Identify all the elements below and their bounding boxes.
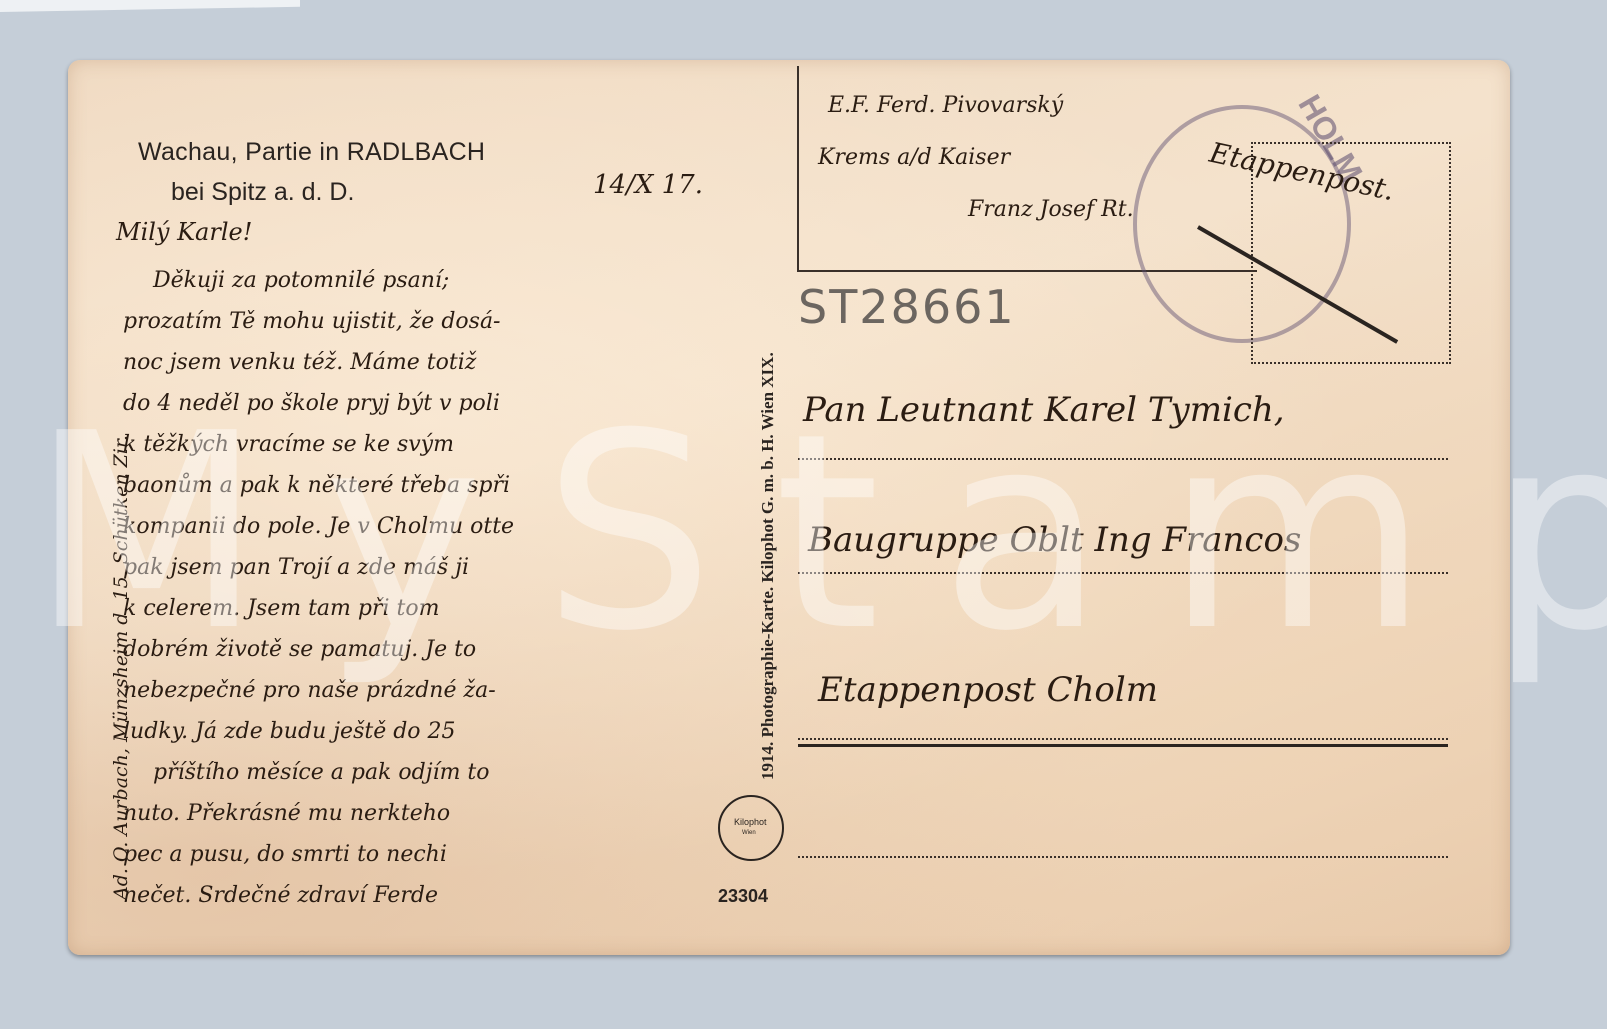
message-line: Děkuji za potomnilé psaní; [123, 260, 514, 301]
card-number: 23304 [718, 886, 768, 907]
message-line: kompanii do pole. Je v Cholmu otte [123, 506, 514, 547]
message-line: k těžkých vracíme se ke svým [123, 424, 514, 465]
message-date: 14/X 17. [593, 170, 703, 200]
message-line: pec a pusu, do smrti to nechi [123, 834, 514, 875]
sender-box-divider [797, 66, 799, 272]
address-rule-thick [798, 744, 1448, 747]
address-rule [798, 458, 1448, 460]
address-rule [798, 856, 1448, 858]
kilophot-logo-icon: Kilophot Wien [718, 795, 784, 861]
message-line: nuto. Překrásné mu nerkteho [123, 793, 514, 834]
message-body: Děkuji za potomnilé psaní; prozatím Tě m… [123, 260, 514, 916]
printed-subtitle: bei Spitz a. d. D. [171, 178, 354, 207]
message-line: pak jsem pan Trojí a zde máš ji [123, 547, 514, 588]
printed-title: Wachau, Partie in RADLBACH [138, 138, 485, 167]
message-line: baonům a pak k některé třeba spři [123, 465, 514, 506]
background-strip [0, 0, 300, 12]
message-line: do 4 neděl po škole pryj být v poli [123, 383, 514, 424]
message-line: prozatím Tě mohu ujistit, že dosá- [123, 301, 514, 342]
address-line-2: Baugruppe Oblt Ing Francos [808, 520, 1301, 560]
message-line: ludky. Já zde budu ještě do 25 [123, 711, 514, 752]
message-line: nečet. Srdečné zdraví Ferde [123, 875, 514, 916]
message-line: příštího měsíce a pak odjím to [123, 752, 514, 793]
address-rule [798, 572, 1448, 574]
postcard: Wachau, Partie in RADLBACH bei Spitz a. … [68, 60, 1510, 955]
address-line-1: Pan Leutnant Karel Tymich, [803, 390, 1285, 430]
message-line: noc jsem venku též. Máme totiž [123, 342, 514, 383]
message-line: nebezpečné pro naše prázdné ža- [123, 670, 514, 711]
address-line-3: Etappenpost Cholm [818, 670, 1158, 710]
margin-note: Ad. O. Aurbach, Münzsheim d. 15. Schütke… [110, 435, 132, 900]
message-line: k celerem. Jsem tam při tom [123, 588, 514, 629]
message-greeting: Milý Karle! [116, 218, 252, 246]
address-rule [798, 738, 1448, 740]
sender-line: Krems a/d Kaiser [818, 132, 1134, 184]
stock-number: ST28661 [798, 280, 1016, 334]
publisher-imprint: 1914. Photographie-Karte. Kilophot G. m.… [758, 352, 778, 780]
message-line: dobrém životě se pamatuj. Je to [123, 629, 514, 670]
sender-address: E.F. Ferd. Pivovarský Krems a/d Kaiser F… [828, 80, 1134, 236]
sender-line: Franz Josef Rt. [968, 184, 1134, 236]
sender-line: E.F. Ferd. Pivovarský [828, 80, 1134, 132]
